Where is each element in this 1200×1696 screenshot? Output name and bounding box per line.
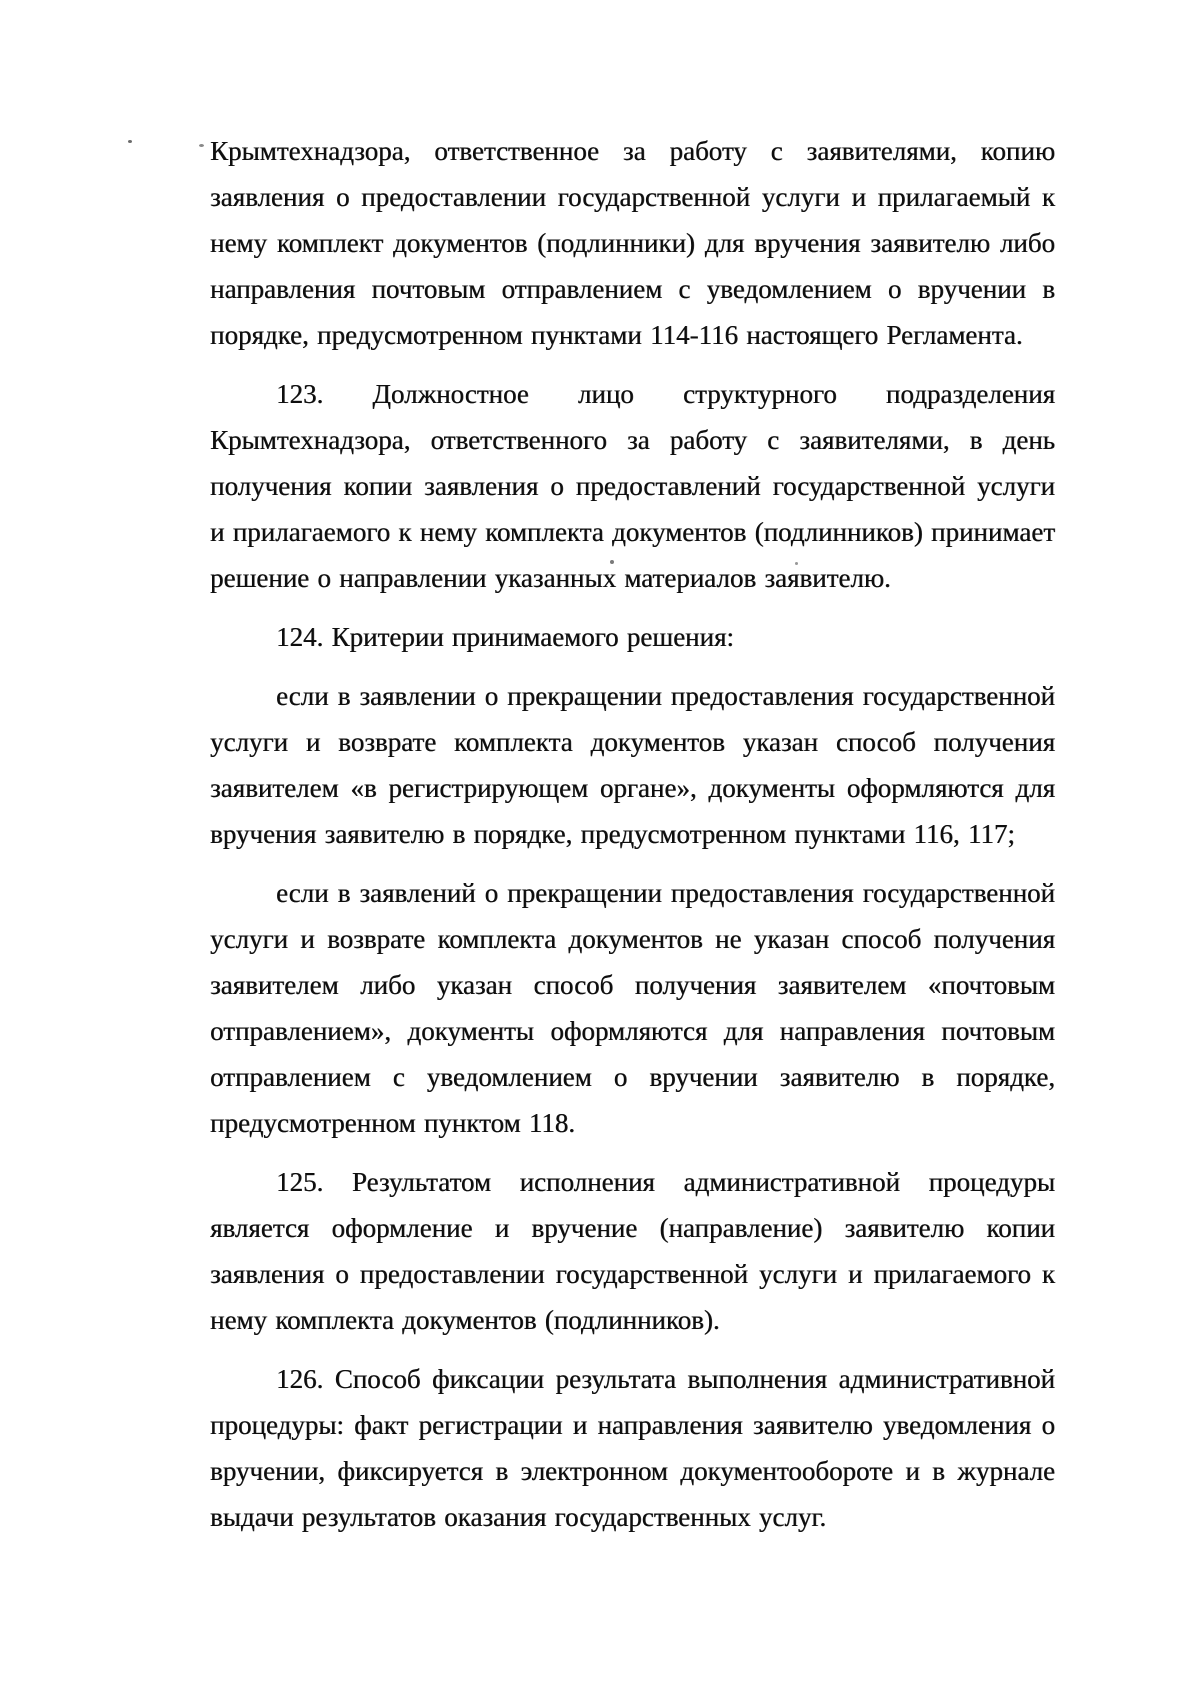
document-page: Крымтехнадзора, ответственное за работу … [210,128,1055,1553]
scan-speck [199,144,204,147]
paragraph-126: 126. Способ фиксации результата выполнен… [210,1356,1055,1540]
paragraph-125: 125. Результатом исполнения администрати… [210,1159,1055,1343]
paragraph-continuation: Крымтехнадзора, ответственное за работу … [210,128,1055,358]
paragraph-124: 124. Критерии принимаемого решения: [210,614,1055,660]
paragraph-124-criterion-2: если в заявлений о прекращении предостав… [210,870,1055,1146]
paragraph-123: 123. Должностное лицо структурного подра… [210,371,1055,601]
scan-speck [128,140,132,143]
paragraph-124-criterion-1: если в заявлении о прекращении предостав… [210,673,1055,857]
